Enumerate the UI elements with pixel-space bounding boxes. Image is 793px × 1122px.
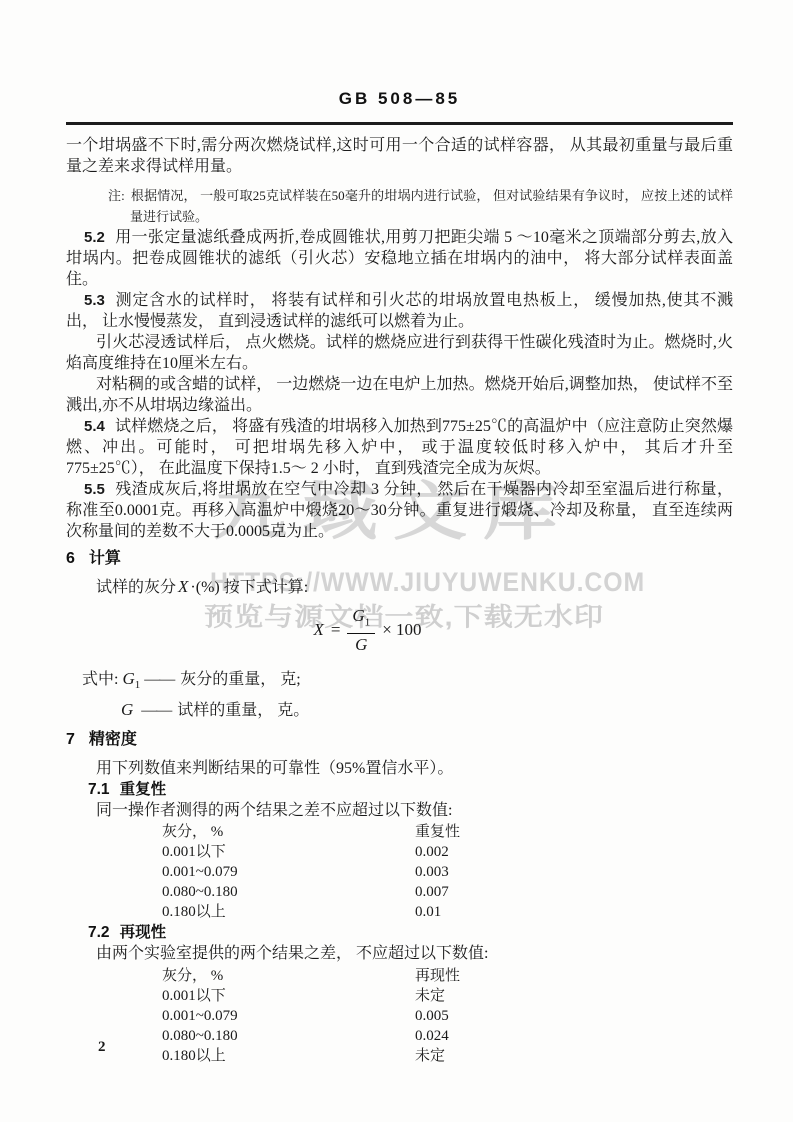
section-5-2-text: 用一张定量滤纸叠成两折,卷成圆锥状,用剪刀把距尖端 5 ～10毫米之顶端部分剪去… <box>66 229 733 288</box>
formula-multiplier: × 100 <box>382 620 421 640</box>
section-7-2-title: 再现性 <box>120 924 167 941</box>
reproducibility-col2-header: 再现性 <box>415 966 733 986</box>
chapter-6-heading: 6计算 <box>66 548 733 569</box>
repeatability-table: 灰分， % 重复性 0.001以下 0.002 0.001~0.079 0.00… <box>162 822 733 922</box>
standard-number-header: GB 508—85 <box>66 88 733 110</box>
document-content: GB 508—85 一个坩埚盛不下时,需分两次燃烧试样,这时可用一个合适的试样容… <box>66 0 733 1066</box>
section-5-3-number: 5.3 <box>84 292 105 309</box>
section-7-2-number: 7.2 <box>88 924 110 941</box>
ash-range-cell: 0.180以上 <box>162 1046 415 1066</box>
reproducibility-table: 灰分， % 再现性 0.001以下 未定 0.001~0.079 0.005 0… <box>162 966 733 1066</box>
ash-content-formula: X = G1 G × 100 <box>34 607 701 653</box>
section-7-1-heading: 7.1重复性 <box>88 779 733 800</box>
section-5-3-text: 测定含水的试样时， 将装有试样和引火芯的坩埚放置电热板上， 缓慢加热,使其不溅出… <box>66 292 733 330</box>
ash-variable-x: X <box>176 577 190 596</box>
ash-range-cell: 0.001~0.079 <box>162 862 415 882</box>
section-5-4-paragraph: 5.4试样燃烧之后， 将盛有残渣的坩埚移入加热到775±25℃的高温炉中（应注意… <box>66 416 733 479</box>
repeatability-value-cell: 0.002 <box>415 842 733 862</box>
chapter-7-heading: 7精密度 <box>66 729 733 750</box>
ignition-paragraph: 引火芯浸透试样后， 点火燃烧。试样的燃烧应进行到获得干性碳化残渣时为止。燃烧时,… <box>66 332 733 374</box>
reproducibility-value-cell: 未定 <box>415 1046 733 1066</box>
header-divider-rule <box>66 122 733 125</box>
repeatability-col2-header: 重复性 <box>415 822 733 842</box>
repeatability-value-cell: 0.01 <box>415 902 733 922</box>
chapter-6-title: 计算 <box>89 550 121 567</box>
formula-fraction: G1 G <box>347 607 375 653</box>
reproducibility-value-cell: 0.005 <box>415 1006 733 1026</box>
ash-range-cell: 0.001~0.079 <box>162 1006 415 1026</box>
chapter-6-number: 6 <box>66 550 75 567</box>
section-7-2-heading: 7.2再现性 <box>88 922 733 943</box>
reproducibility-lead: 由两个实验室提供的两个结果之差， 不应超过以下数值: <box>96 943 733 964</box>
formula-equals: = <box>331 620 341 640</box>
page-number: 2 <box>98 1039 106 1056</box>
table-row: 0.001~0.079 0.005 <box>162 1006 733 1026</box>
g-description: 试样的重量， 克。 <box>177 702 309 719</box>
reproducibility-value-cell: 0.024 <box>415 1026 733 1046</box>
numerator-variable: G <box>352 606 364 625</box>
table-row: 0.001以下 0.002 <box>162 842 733 862</box>
legend-row-g: G ——试样的重量， 克。 <box>82 698 733 722</box>
section-5-2-paragraph: 5.2用一张定量滤纸叠成两折,卷成圆锥状,用剪刀把距尖端 5 ～10毫米之顶端部… <box>66 227 733 290</box>
calc-lead-post: ·(%) 按下式计算: <box>190 579 308 596</box>
numerator-subscript: 1 <box>365 616 371 628</box>
formula-denominator: G <box>355 634 367 653</box>
ash-range-cell: 0.001以下 <box>162 842 415 862</box>
table-row: 0.180以上 未定 <box>162 1046 733 1066</box>
table-row: 0.180以上 0.01 <box>162 902 733 922</box>
table-row: 0.001~0.079 0.003 <box>162 862 733 882</box>
g-variable: G <box>121 700 133 719</box>
section-7-1-title: 重复性 <box>120 781 167 798</box>
repeatability-lead: 同一操作者测得的两个结果之差不应超过以下数值: <box>96 800 733 821</box>
g1-variable: G <box>122 669 134 688</box>
repeatability-table-header: 灰分， % 重复性 <box>162 822 733 842</box>
table-row: 0.001以下 未定 <box>162 986 733 1006</box>
section-5-2-number: 5.2 <box>84 229 105 246</box>
section-7-1-number: 7.1 <box>88 781 110 798</box>
section-5-5-text: 残渣成灰后,将坩埚放在空气中冷却 3 分钟， 然后在干燥器内冷却至室温后进行称量… <box>66 481 733 540</box>
repeatability-col1-header: 灰分， % <box>162 822 415 842</box>
ash-range-cell: 0.001以下 <box>162 986 415 1006</box>
g-dash: —— <box>137 702 177 719</box>
scanned-document-page: 九域文库 HTTPS://WWW.JIUYUWENKU.COM 预览与源文档一致… <box>0 0 793 1122</box>
intro-paragraph: 一个坩埚盛不下时,需分两次燃烧试样,这时可用一个合适的试样容器， 从其最初重量与… <box>66 135 733 177</box>
reproducibility-value-cell: 未定 <box>415 986 733 1006</box>
table-row: 0.080~0.180 0.024 <box>162 1026 733 1046</box>
repeatability-value-cell: 0.003 <box>415 862 733 882</box>
section-5-5-number: 5.5 <box>84 481 105 498</box>
formula-numerator: G1 <box>347 607 375 634</box>
table-row: 0.080~0.180 0.007 <box>162 882 733 902</box>
formula-lhs: X <box>313 620 323 640</box>
section-5-4-number: 5.4 <box>84 418 105 435</box>
g1-description: 灰分的重量， 克; <box>180 671 300 688</box>
formula-legend: 式中: G1——灰分的重量， 克; G ——试样的重量， 克。 <box>82 667 733 721</box>
reproducibility-col1-header: 灰分， % <box>162 966 415 986</box>
section-5-4-text: 试样燃烧之后， 将盛有残渣的坩埚移入加热到775±25℃的高温炉中（应注意防止突… <box>66 418 733 477</box>
viscous-sample-paragraph: 对粘稠的或含蜡的试样， 一边燃烧一边在电炉上加热。燃烧开始后,调整加热， 使试样… <box>66 374 733 416</box>
ash-range-cell: 0.080~0.180 <box>162 1026 415 1046</box>
section-5-3-paragraph: 5.3测定含水的试样时， 将装有试样和引火芯的坩埚放置电热板上， 缓慢加热,使其… <box>66 290 733 332</box>
note-text: 根据情况， 一般可取25克试样装在50毫升的坩埚内进行试验， 但对试验结果有争议… <box>130 188 733 224</box>
g1-dash: —— <box>140 671 180 688</box>
chapter-7-number: 7 <box>66 731 75 748</box>
section-5-5-paragraph: 5.5残渣成灰后,将坩埚放在空气中冷却 3 分钟， 然后在干燥器内冷却至室温后进… <box>66 479 733 542</box>
precision-lead: 用下列数值来判断结果的可靠性（95%置信水平）。 <box>66 758 733 779</box>
legend-row-g1: 式中: G1——灰分的重量， 克; <box>82 667 733 697</box>
ash-range-cell: 0.180以上 <box>162 902 415 922</box>
repeatability-value-cell: 0.007 <box>415 882 733 902</box>
calculation-lead: 试样的灰分X·(%) 按下式计算: <box>66 576 733 598</box>
where-label: 式中: <box>82 671 118 688</box>
note-label: 注: <box>108 188 125 203</box>
denominator-variable: G <box>355 635 367 654</box>
reproducibility-table-header: 灰分， % 再现性 <box>162 966 733 986</box>
calc-lead-pre: 试样的灰分 <box>96 579 176 596</box>
note-paragraph: 注:根据情况， 一般可取25克试样装在50毫升的坩埚内进行试验， 但对试验结果有… <box>66 185 733 227</box>
chapter-7-title: 精密度 <box>89 731 137 748</box>
ash-range-cell: 0.080~0.180 <box>162 882 415 902</box>
